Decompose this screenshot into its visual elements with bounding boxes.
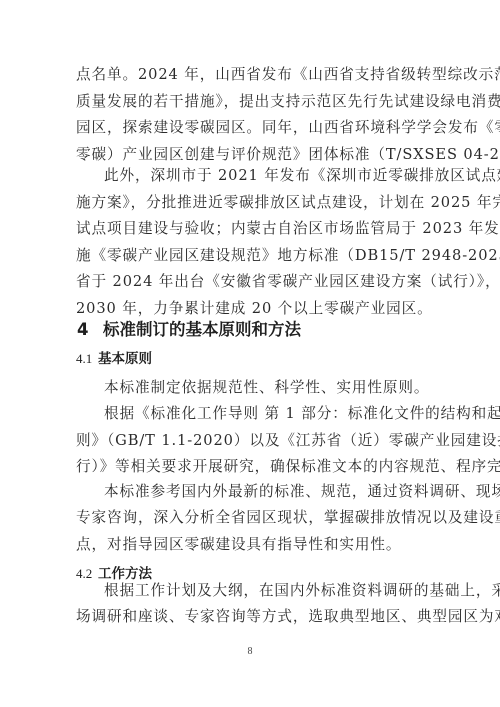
text-line: 根据《标准化工作导则 第 1 部分：标准化文件的结构和起草规 <box>104 405 426 423</box>
subsection-number: 4.2 <box>76 566 98 582</box>
section-number: 4 <box>77 320 103 339</box>
subsection-number: 4.1 <box>76 351 98 367</box>
page-number: 8 <box>245 646 255 657</box>
text-line: 则》（GB/T 1.1-2020）以及《江苏省（近）零碳产业园建设指南（暂 <box>76 432 426 450</box>
subsection-heading: 4.1基本原则 <box>76 347 152 367</box>
subsection-title: 工作方法 <box>98 566 152 582</box>
text-line: 质量发展的若干措施》，提出支持示范区先行先试建设绿电消费示范 <box>76 93 426 111</box>
text-line: 施方案》，分批推进近零碳排放区试点建设，计划在 2025 年完成首批 <box>76 194 426 212</box>
text-line: 施《零碳产业园区建设规范》地方标准（DB15/T 2948-2023）；安徽 <box>76 247 426 265</box>
subsection-heading: 4.2工作方法 <box>76 562 152 582</box>
text-line: 专家咨询，深入分析全省园区现状，掌握碳排放情况以及建设重点难 <box>76 509 426 527</box>
section-heading: 4标准制订的基本原则和方法 <box>77 316 301 340</box>
text-line: 场调研和座谈、专家咨询等方式，选取典型地区、典型园区为对象， <box>76 608 426 626</box>
text-line: 本标准参考国内外最新的标准、规范，通过资料调研、现场调研、 <box>104 483 426 501</box>
text-line: 根据工作计划及大纲，在国内外标准资料调研的基础上，采取现 <box>104 582 426 600</box>
subsection-title: 基本原则 <box>98 351 152 367</box>
text-line: 省于 2024 年出台《安徽省零碳产业园区建设方案（试行）》，明确到 <box>76 273 426 291</box>
text-line: 点，对指导园区零碳建设具有指导性和实用性。 <box>76 536 426 554</box>
text-line: 行）》等相关要求开展研究，确保标准文本的内容规范、程序完整。 <box>76 458 426 476</box>
text-line: 园区，探索建设零碳园区。同年，山西省环境科学学会发布《零碳（近 <box>76 119 426 137</box>
text-line: 试点项目建设与验收；内蒙古自治区市场监管局于 2023 年发布并实 <box>76 220 426 238</box>
document-page: 点名单。2024 年，山西省发布《山西省支持省级转型综改示范区高 质量发展的若干… <box>0 0 500 707</box>
text-line: 点名单。2024 年，山西省发布《山西省支持省级转型综改示范区高 <box>76 66 426 84</box>
text-line: 此外，深圳市于 2021 年发布《深圳市近零碳排放区试点建设实 <box>104 167 426 185</box>
text-line: 零碳）产业园区创建与评价规范》团体标准（T/SXSES 04-2024）。 <box>76 146 426 164</box>
text-line: 本标准制定依据规范性、科学性、实用性原则。 <box>104 379 426 397</box>
section-title: 标准制订的基本原则和方法 <box>103 320 301 339</box>
